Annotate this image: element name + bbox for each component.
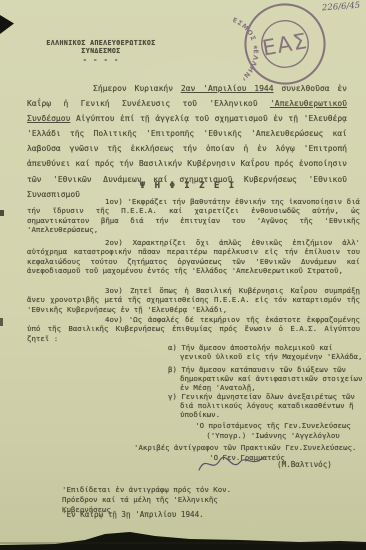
scanned-document-page: 226/6/45 ΕΛΛΗΝΙΚΟΣ ΑΠΕΛΕΥΘΕΡΩΤΙΚΟΣ ΣΥΝΔΕ… — [0, 0, 366, 550]
resolution-item-1: 1ον) 'Εκφράζει τήν βαθυτάτην ἐθνικήν της… — [27, 197, 360, 235]
request-item-b: β) Τήν ἄμεσον κατάπαυσιν τῶν διώξεων τῶν… — [168, 365, 364, 393]
assembly-chair-signature-block: 'Ο προϊστάμενος τῆς Γεν.Συνελεύσεως ('Υπ… — [183, 421, 363, 441]
letterhead-rule: - - - - — [40, 56, 162, 64]
letterhead: ΕΛΛΗΝΙΚΟΣ ΑΠΕΛΕΥΘΕΡΩΤΙΚΟΣ ΣΥΝΔΕΣΜΟΣ - - … — [40, 39, 162, 64]
assembly-chair-role: 'Ο προϊστάμενος τῆς Γεν.Συνελεύσεως — [183, 421, 363, 431]
assembly-chair-name: ('Υπογρ.) 'Ιωάννης 'Αγγελόγλου — [183, 431, 363, 441]
bottom-scan-artifact — [0, 530, 366, 550]
resolution-item-2: 2ον) Χαρακτηρίζει ὄχι ἁπλῶς ἐθνικῶς ἐπιζ… — [27, 238, 360, 276]
dateline: 'Εν Καΐρῳ τῇ 3ῃ 'Απριλίου 1944. — [62, 510, 204, 519]
resolution-item-3: 3ον) Ζητεῖ ὅπως ἡ Βασιλική Κυβέρνησις Κα… — [27, 286, 360, 314]
org-name-line1: ΕΛΛΗΝΙΚΟΣ ΑΠΕΛΕΥΘΕΡΩΤΙΚΟΣ — [40, 39, 162, 47]
resolution-heading: Ψ Η Φ Ι Ζ Ε Ι — [30, 181, 346, 191]
edge-smudge-mark — [0, 318, 3, 326]
edge-smudge-mark — [0, 210, 4, 216]
secretary-name: (Μ.Βαλτινός) — [277, 460, 332, 469]
corner-fold-mark — [0, 15, 14, 34]
request-item-c: γ) Γενικήν ἀμνηστείαν ὅλων ἀνεξαιρέτως τ… — [168, 392, 364, 420]
filing-number: 226/6/45 — [322, 1, 361, 14]
org-name-line2: ΣΥΝΔΕΣΜΟΣ — [40, 47, 162, 55]
stamp-center-text: ΕΑΣ — [261, 29, 310, 62]
resolution-item-4: 4ον) 'Ως ἀσφαλές δέ τεκμήριον τῆς ἑκάστο… — [27, 315, 360, 343]
request-item-a: α) Τήν ἄμεσον ἀποστολήν πολεμικοῦ καί γε… — [168, 343, 364, 361]
secretary-signature-icon — [196, 452, 268, 476]
